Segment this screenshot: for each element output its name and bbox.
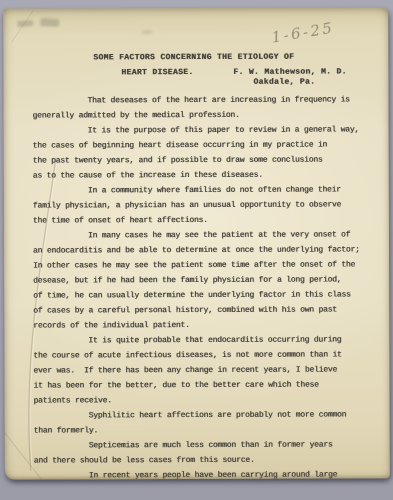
- typed-line: of time, he can usually determine the un…: [33, 287, 369, 303]
- typed-line: the time of onset of heart affections.: [33, 212, 369, 228]
- typed-line: family physician, a physician has an unu…: [33, 197, 369, 213]
- typed-line: In recent years people have been carryin…: [34, 467, 370, 483]
- typed-line: records of the individual patient.: [33, 317, 369, 333]
- typed-line: and there should be less cases from this…: [34, 452, 370, 468]
- typed-line: It is the purpose of this paper to revie…: [33, 122, 369, 138]
- typed-line: it has been for the better, due to the b…: [33, 377, 369, 393]
- typed-line: patients receive.: [34, 392, 370, 408]
- typed-line: Septicemias are much less common than in…: [34, 437, 370, 453]
- pencil-smudge: [17, 20, 33, 27]
- author-location: Oakdale, Pa.: [253, 78, 315, 87]
- pencil-smudge: [142, 30, 152, 34]
- typed-line: ever was. If there has been any change i…: [33, 362, 369, 378]
- typed-line: the course of acute infectious diseases,…: [33, 347, 369, 363]
- typed-line: generally admitted by the medical profes…: [33, 107, 369, 123]
- document-title-line1: SOME FACTORS CONCERNING THE ETIOLOGY OF: [93, 53, 294, 63]
- typed-line: In other cases he may see the patient so…: [33, 257, 369, 273]
- typed-content: SOME FACTORS CONCERNING THE ETIOLOGY OF …: [3, 7, 388, 8]
- typed-line: as to the cause of the increase in these…: [33, 167, 369, 183]
- typed-line: an endocarditis and be able to determine…: [33, 242, 369, 258]
- pencil-smudge: [40, 18, 59, 27]
- handwritten-date-note: 1-6-25: [270, 19, 335, 47]
- typed-line: desease, but if he had been the family p…: [33, 272, 369, 288]
- typed-line: That deseases of the heart are increasin…: [32, 92, 368, 108]
- document-title-line2: HEART DISEASE.: [121, 68, 193, 77]
- scan-backdrop: 1-6-25 SOME FACTORS CONCERNING THE ETIOL…: [0, 0, 393, 500]
- typed-line: It is quite probable that endocarditis o…: [33, 332, 369, 348]
- typed-line: In a community where families do not oft…: [33, 182, 369, 198]
- typed-line: than formerly.: [34, 422, 370, 438]
- author-name: F. W. Mathewson, M. D.: [233, 67, 346, 76]
- typed-line: the cases of beginning heart disease occ…: [33, 137, 369, 153]
- document-page: 1-6-25 SOME FACTORS CONCERNING THE ETIOL…: [3, 7, 390, 479]
- typed-line: In many cases he may see the patient at …: [33, 227, 369, 243]
- typed-line: Syphilitic heart affections are probably…: [34, 407, 370, 423]
- typed-line: the past twenty years, and if possible t…: [33, 152, 369, 168]
- typed-line: of cases by a careful personal history, …: [33, 302, 369, 318]
- typed-body-text: That deseases of the heart are increasin…: [32, 92, 369, 483]
